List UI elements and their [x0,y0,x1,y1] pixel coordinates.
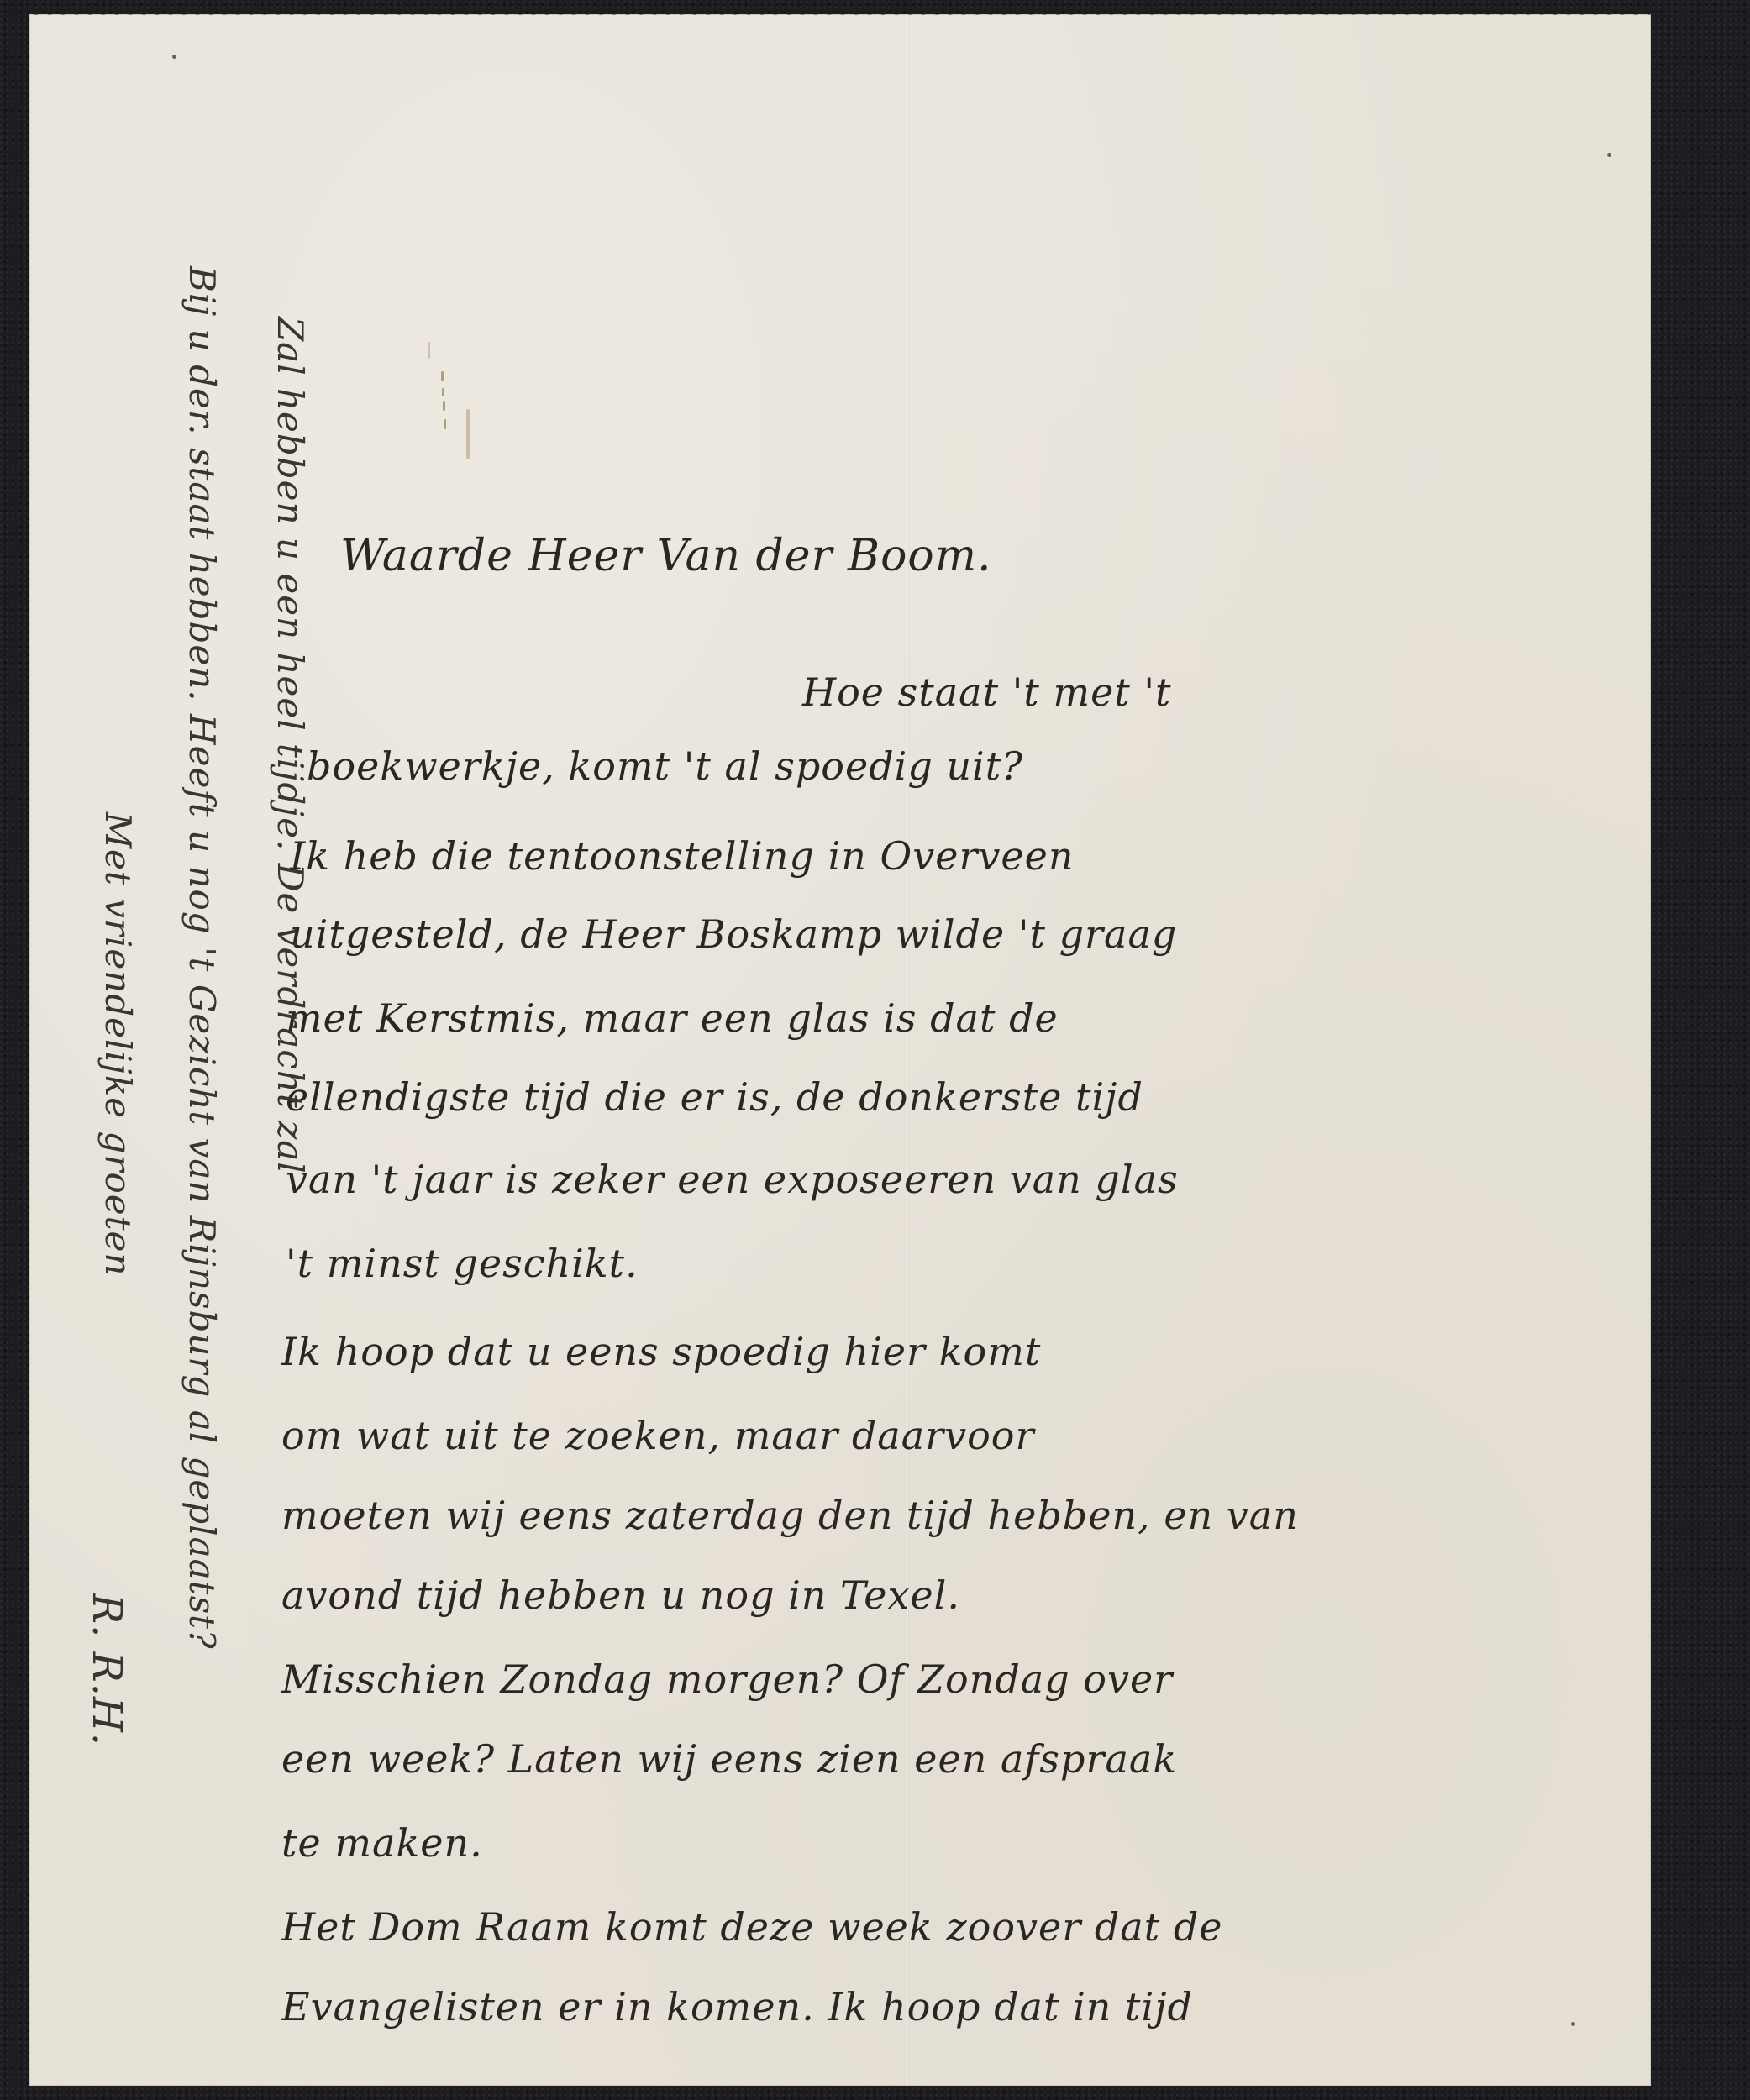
paper-speck [172,55,176,59]
paper-speck [1607,153,1611,157]
letter-line: avond tijd hebben u nog in Texel. [281,1572,960,1618]
letter-line: uitgesteld, de Heer Boskamp wilde 't gra… [290,911,1177,957]
margin-line: Bij u der. staat hebben. Heeft u nog 't … [181,266,223,1650]
letter-line: Ik hoop dat u eens spoedig hier komt [281,1329,1041,1374]
letter-line: met Kerstmis, maar een glas is dat de [286,995,1059,1041]
letter-line: te maken. [281,1820,483,1866]
letter-line: ellendigste tijd die er is, de donkerste… [286,1074,1143,1120]
letter-sheet: Waarde Heer Van der Boom. Hoe staat 't m… [29,14,1651,2086]
letter-salutation: Waarde Heer Van der Boom. [340,531,992,581]
letter-line: Het Dom Raam komt deze week zoover dat d… [281,1904,1223,1950]
letter-line: moeten wij eens zaterdag den tijd hebben… [281,1493,1299,1538]
letter-line: Evangelisten er in komen. Ik hoop dat in… [281,1984,1193,2029]
letter-line: Ik heb die tentoonstelling in Overveen [290,833,1075,879]
letter-line: een week? Laten wij eens zien een afspra… [281,1736,1177,1782]
signature: R. R.H. [83,1593,130,1746]
perforated-top-edge [29,9,1651,19]
letter-line: 't minst geschikt. [286,1241,639,1286]
margin-line: Zal hebben u een heel tijdje. De verdrac… [270,317,311,1174]
letter-line: om wat uit te zoeken, maar daarvoor [281,1413,1034,1458]
margin-line: Met vriendelijke groeten [97,812,139,1276]
letter-line: boekwerkje, komt 't al spoedig uit? [307,743,1023,789]
paper-speck [1571,2022,1575,2026]
letter-line: Hoe staat 't met 't [802,669,1172,715]
letter-line: van 't jaar is zeker een exposeeren van … [286,1157,1179,1202]
ink-stain-marks [399,342,491,485]
letter-line: Misschien Zondag morgen? Of Zondag over [281,1656,1173,1702]
